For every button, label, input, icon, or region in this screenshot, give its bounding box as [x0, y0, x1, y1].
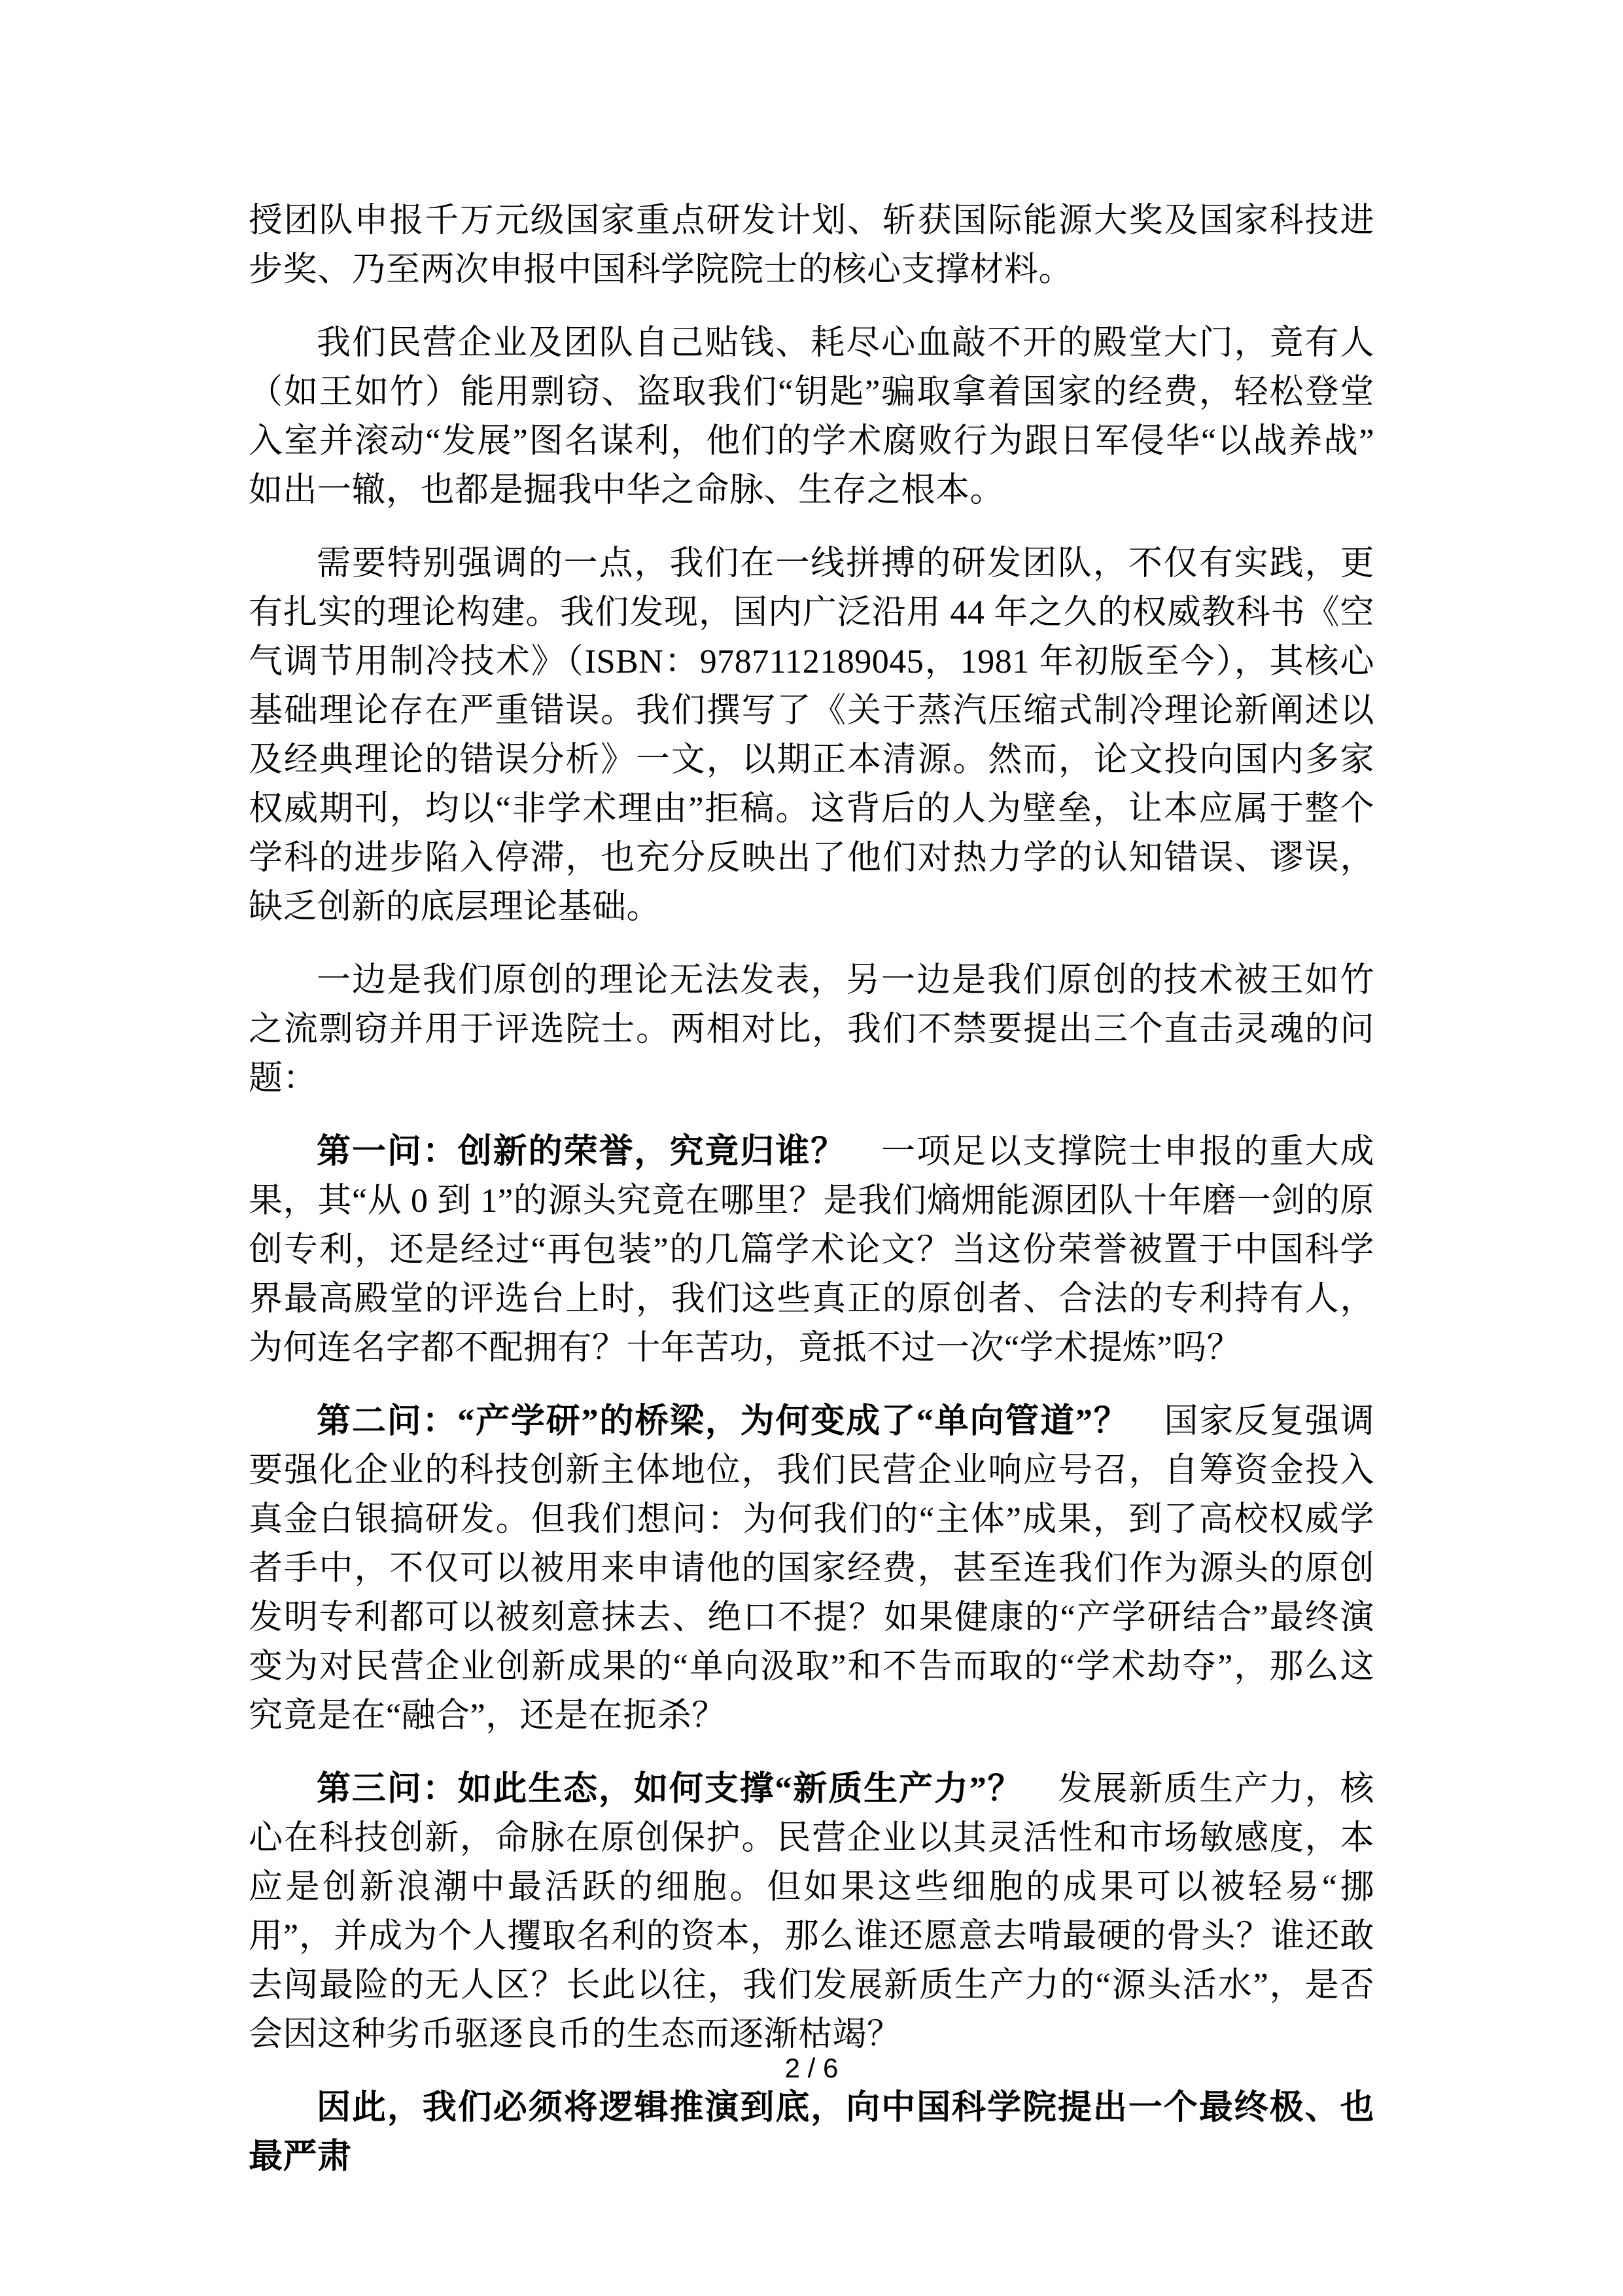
paragraph-closing: 因此，我们必须将逻辑推演到底，向中国科学院提出一个最终极、也最严肃	[249, 2083, 1374, 2181]
document-body: 授团队申报千万元级国家重点研发计划、斩获国际能源大奖及国家科技进步奖、乃至两次申…	[249, 196, 1374, 2181]
question-1-heading: 第一问：创新的荣誉，究竟归谁？	[317, 1133, 846, 1171]
paragraph: 需要特别强调的一点，我们在一线拼搏的研发团队，不仅有实践，更有扎实的理论构建。我…	[249, 539, 1374, 932]
paragraph-text: 需要特别强调的一点，我们在一线拼搏的研发团队，不仅有实践，更有扎实的理论构建。我…	[249, 545, 1374, 926]
paragraph-text: 我们民营企业及团队自己贴钱、耗尽心血敲不开的殿堂大门，竟有人（如王如竹）能用剽窃…	[249, 325, 1374, 509]
paragraph-text: 因此，我们必须将逻辑推演到底，向中国科学院提出一个最终极、也最严肃	[249, 2089, 1374, 2176]
paragraph-continuation: 授团队申报千万元级国家重点研发计划、斩获国际能源大奖及国家科技进步奖、乃至两次申…	[249, 196, 1374, 294]
paragraph-question-3: 第三问：如此生态，如何支撑“新质生产力”？ 发展新质生产力，核心在科技创新，命脉…	[249, 1765, 1374, 2059]
paragraph-text: 一边是我们原创的理论无法发表，另一边是我们原创的技术被王如竹之流剽窃并用于评选院…	[249, 962, 1374, 1097]
paragraph-question-2: 第二问：“产学研”的桥梁，为何变成了“单向管道”？ 国家反复强调要强化企业的科技…	[249, 1397, 1374, 1740]
page-number: 2 / 6	[0, 2052, 1623, 2085]
paragraph: 一边是我们原创的理论无法发表，另一边是我们原创的技术被王如竹之流剽窃并用于评选院…	[249, 956, 1374, 1103]
paragraph-text: 国家反复强调要强化企业的科技创新主体地位，我们民营企业响应号召，自筹资金投入真金…	[249, 1403, 1374, 1735]
paragraph-text: 发展新质生产力，核心在科技创新，命脉在原创保护。民营企业以其灵活性和市场敏感度，…	[249, 1771, 1374, 2053]
paragraph-question-1: 第一问：创新的荣誉，究竟归谁？ 一项足以支撑院士申报的重大成果，其“从 0 到 …	[249, 1127, 1374, 1373]
document-page: 授团队申报千万元级国家重点研发计划、斩获国际能源大奖及国家科技进步奖、乃至两次申…	[0, 0, 1623, 2296]
paragraph: 我们民营企业及团队自己贴钱、耗尽心血敲不开的殿堂大门，竟有人（如王如竹）能用剽窃…	[249, 319, 1374, 515]
paragraph-text: 授团队申报千万元级国家重点研发计划、斩获国际能源大奖及国家科技进步奖、乃至两次申…	[249, 202, 1374, 289]
question-3-heading: 第三问：如此生态，如何支撑“新质生产力”？	[317, 1771, 1023, 1808]
question-2-heading: 第二问：“产学研”的桥梁，为何变成了“单向管道”？	[317, 1403, 1129, 1440]
